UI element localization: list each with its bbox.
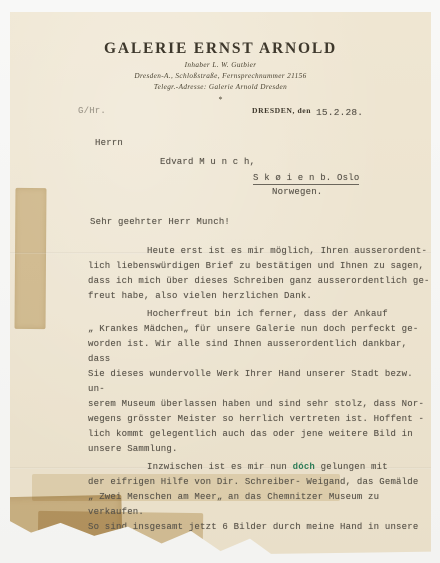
body-line: Sie dieses wundervolle Werk Ihrer Hand u… <box>88 367 432 397</box>
body-line: dass ich mich über dieses Schreiben ganz… <box>88 274 432 289</box>
paragraph-1: Heute erst ist es mir möglich, Ihren aus… <box>88 244 432 304</box>
letterhead-telegram-line: Telegr.-Adresse: Galerie Arnold Dresden <box>10 83 431 91</box>
letter-paper: GALERIE ERNST ARNOLD Inhaber L. W. Gutbi… <box>10 12 431 556</box>
salutation-line: Sehr geehrter Herr Munch! <box>90 217 230 227</box>
recipient-country: Norwegen. <box>272 187 322 197</box>
letterhead-gallery-name: GALERIE ERNST ARNOLD <box>10 40 431 58</box>
body-line: der eifrigen Hilfe von Dir. Schreiber- W… <box>88 475 432 490</box>
body-line: So sind insgesamt jetzt 6 Bilder durch m… <box>88 520 432 550</box>
letter-body: Heute erst ist es mir möglich, Ihren aus… <box>88 244 432 550</box>
letterhead-address-line: Dresden-A., Schloßstraße, Fernsprechnumm… <box>10 72 431 80</box>
paragraph-3: Inzwischen ist es mir nun dóch gelungen … <box>88 460 432 550</box>
recipient-address-underlined: S k ø i e n b. Oslo <box>253 173 359 185</box>
body-line-with-correction: Inzwischen ist es mir nun dóch gelungen … <box>88 460 432 475</box>
reference-initials: G/Hr. <box>78 106 106 116</box>
reference-row: G/Hr. DRESDEN, den 15.2.28. <box>10 104 431 120</box>
recipient-prefix: Herrn <box>95 138 123 148</box>
tape-strip-left <box>15 188 47 329</box>
body-line: Hocherfreut bin ich ferner, dass der Ank… <box>88 307 432 322</box>
body-line: lich kommt gelegentlich auch das oder je… <box>88 427 432 442</box>
body-line: lich liebenswürdigen Brief zu bestätigen… <box>88 259 432 274</box>
paragraph-2: Hocherfreut bin ich ferner, dass der Ank… <box>88 307 432 457</box>
dateline-place-printed: DRESDEN, den <box>252 106 311 115</box>
body-line: „ Krankes Mädchen„ für unsere Galerie nu… <box>88 322 432 337</box>
dateline-date-typed: 15.2.28. <box>316 107 363 118</box>
body-line: „ Zwei Menschen am Meer„ an das Chemnitz… <box>88 490 432 520</box>
body-line-pre: Inzwischen ist es mir nun <box>147 462 293 472</box>
letterhead: GALERIE ERNST ARNOLD Inhaber L. W. Gutbi… <box>10 40 431 104</box>
letterhead-owner-line: Inhaber L. W. Gutbier <box>10 61 431 69</box>
scanned-letter-photo: K573C-1 GALERIE ERNST ARNOLD Inhaber L. … <box>0 0 440 563</box>
body-line: wegens grösster Meister so herrlich vert… <box>88 412 432 427</box>
body-line: serem Museum überlassen haben und sind s… <box>88 397 432 412</box>
body-line: worden ist. Wir alle sind Ihnen ausseror… <box>88 337 432 367</box>
handwritten-green-correction: dóch <box>293 462 315 472</box>
letterhead-star-ornament: * <box>10 95 431 104</box>
body-line: freut habe, also vielen herzlichen Dank. <box>88 289 432 304</box>
recipient-name: Edvard M u n c h, <box>160 157 255 167</box>
body-line-post: gelungen mit <box>315 462 388 472</box>
body-line: unsere Sammlung. <box>88 442 432 457</box>
body-line: Heute erst ist es mir möglich, Ihren aus… <box>88 244 432 259</box>
